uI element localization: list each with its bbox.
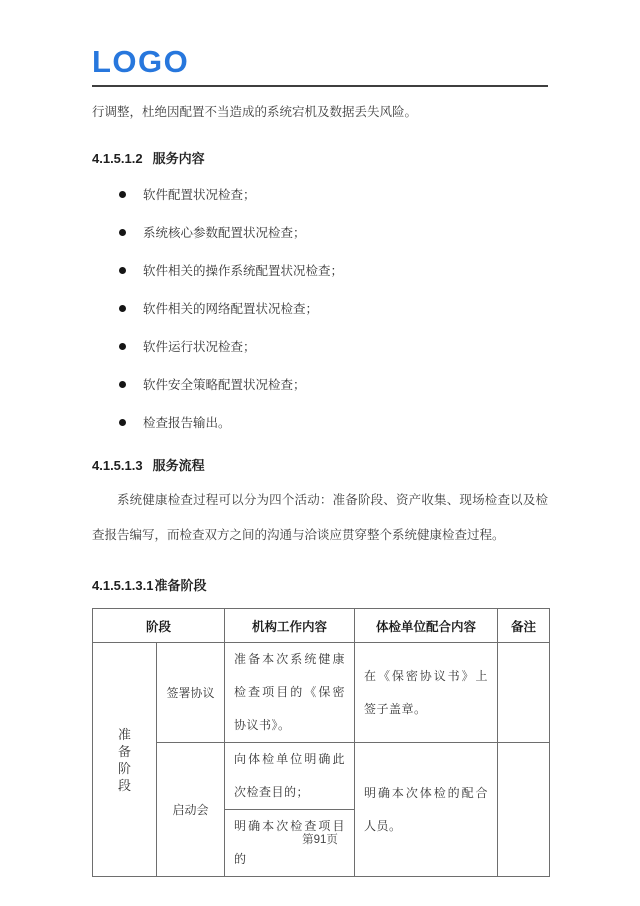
bullet-icon	[119, 419, 126, 426]
list-item-text: 软件安全策略配置状况检查；	[143, 375, 306, 393]
flow-paragraph: 系统健康检查过程可以分为四个活动：准备阶段、资产收集、现场检查以及检查报告编写，…	[92, 483, 548, 553]
heading-service-content: 4.1.5.1.2服务内容	[92, 148, 548, 167]
table-row: 启动会 向体检单位明确此次检查目的； 明确本次体检的配合人员。	[93, 743, 550, 810]
heading-number: 4.1.5.1.3.1	[92, 578, 153, 593]
column-header-org-work: 机构工作内容	[225, 609, 355, 643]
page-number: 第91页	[0, 831, 640, 847]
bullet-icon	[119, 305, 126, 312]
list-item: 系统核心参数配置状况检查；	[92, 223, 548, 241]
table-header-row: 阶段 机构工作内容 体检单位配合内容 备注	[93, 609, 550, 643]
list-item: 检查报告输出。	[92, 413, 548, 431]
sub-stage-cell: 启动会	[157, 743, 225, 877]
org-work-text: 向体检单位明确此次检查目的；	[225, 743, 354, 809]
intro-paragraph: 行调整，杜绝因配置不当造成的系统宕机及数据丢失风险。	[92, 102, 548, 122]
heading-title: 服务流程	[153, 458, 205, 473]
stage-label: 准备阶段	[118, 726, 132, 794]
table-row: 准备阶段 签署协议 准备本次系统健康检查项目的《保密协议书》。 在《保密协议书》…	[93, 643, 550, 743]
list-item: 软件相关的网络配置状况检查；	[92, 299, 548, 317]
unit-cooperation-cell: 明确本次体检的配合人员。	[355, 743, 498, 877]
org-work-cell: 向体检单位明确此次检查目的；	[225, 743, 355, 810]
list-item: 软件运行状况检查；	[92, 337, 548, 355]
page-content: LOGO 行调整，杜绝因配置不当造成的系统宕机及数据丢失风险。 4.1.5.1.…	[92, 46, 548, 877]
header-rule	[92, 85, 548, 87]
list-item-text: 检查报告输出。	[143, 413, 231, 431]
heading-number: 4.1.5.1.3	[92, 458, 143, 473]
bullet-icon	[119, 343, 126, 350]
sub-stage-cell: 签署协议	[157, 643, 225, 743]
heading-title: 准备阶段	[154, 578, 206, 593]
service-content-list: 软件配置状况检查； 系统核心参数配置状况检查； 软件相关的操作系统配置状况检查；…	[92, 185, 548, 431]
bullet-icon	[119, 267, 126, 274]
remark-cell	[498, 643, 550, 743]
list-item-text: 软件运行状况检查；	[143, 337, 256, 355]
org-work-text: 准备本次系统健康检查项目的《保密协议书》。	[225, 643, 354, 742]
list-item-text: 系统核心参数配置状况检查；	[143, 223, 306, 241]
column-header-stage: 阶段	[93, 609, 225, 643]
column-header-unit-cooperation: 体检单位配合内容	[355, 609, 498, 643]
list-item: 软件配置状况检查；	[92, 185, 548, 203]
remark-cell	[498, 743, 550, 877]
column-header-remark: 备注	[498, 609, 550, 643]
bullet-icon	[119, 229, 126, 236]
list-item-text: 软件配置状况检查；	[143, 185, 256, 203]
heading-service-flow: 4.1.5.1.3服务流程	[92, 455, 548, 474]
list-item: 软件安全策略配置状况检查；	[92, 375, 548, 393]
unit-cooperation-cell: 在《保密协议书》上签子盖章。	[355, 643, 498, 743]
heading-title: 服务内容	[153, 151, 205, 166]
list-item-text: 软件相关的网络配置状况检查；	[143, 299, 318, 317]
org-work-cell: 准备本次系统健康检查项目的《保密协议书》。	[225, 643, 355, 743]
unit-cooperation-text: 在《保密协议书》上签子盖章。	[355, 660, 497, 726]
list-item: 软件相关的操作系统配置状况检查；	[92, 261, 548, 279]
heading-prepare-stage: 4.1.5.1.3.1准备阶段	[92, 575, 548, 594]
bullet-icon	[119, 191, 126, 198]
bullet-icon	[119, 381, 126, 388]
document-page: LOGO 行调整，杜绝因配置不当造成的系统宕机及数据丢失风险。 4.1.5.1.…	[0, 0, 640, 906]
list-item-text: 软件相关的操作系统配置状况检查；	[143, 261, 343, 279]
heading-number: 4.1.5.1.2	[92, 151, 143, 166]
company-logo: LOGO	[92, 46, 548, 78]
